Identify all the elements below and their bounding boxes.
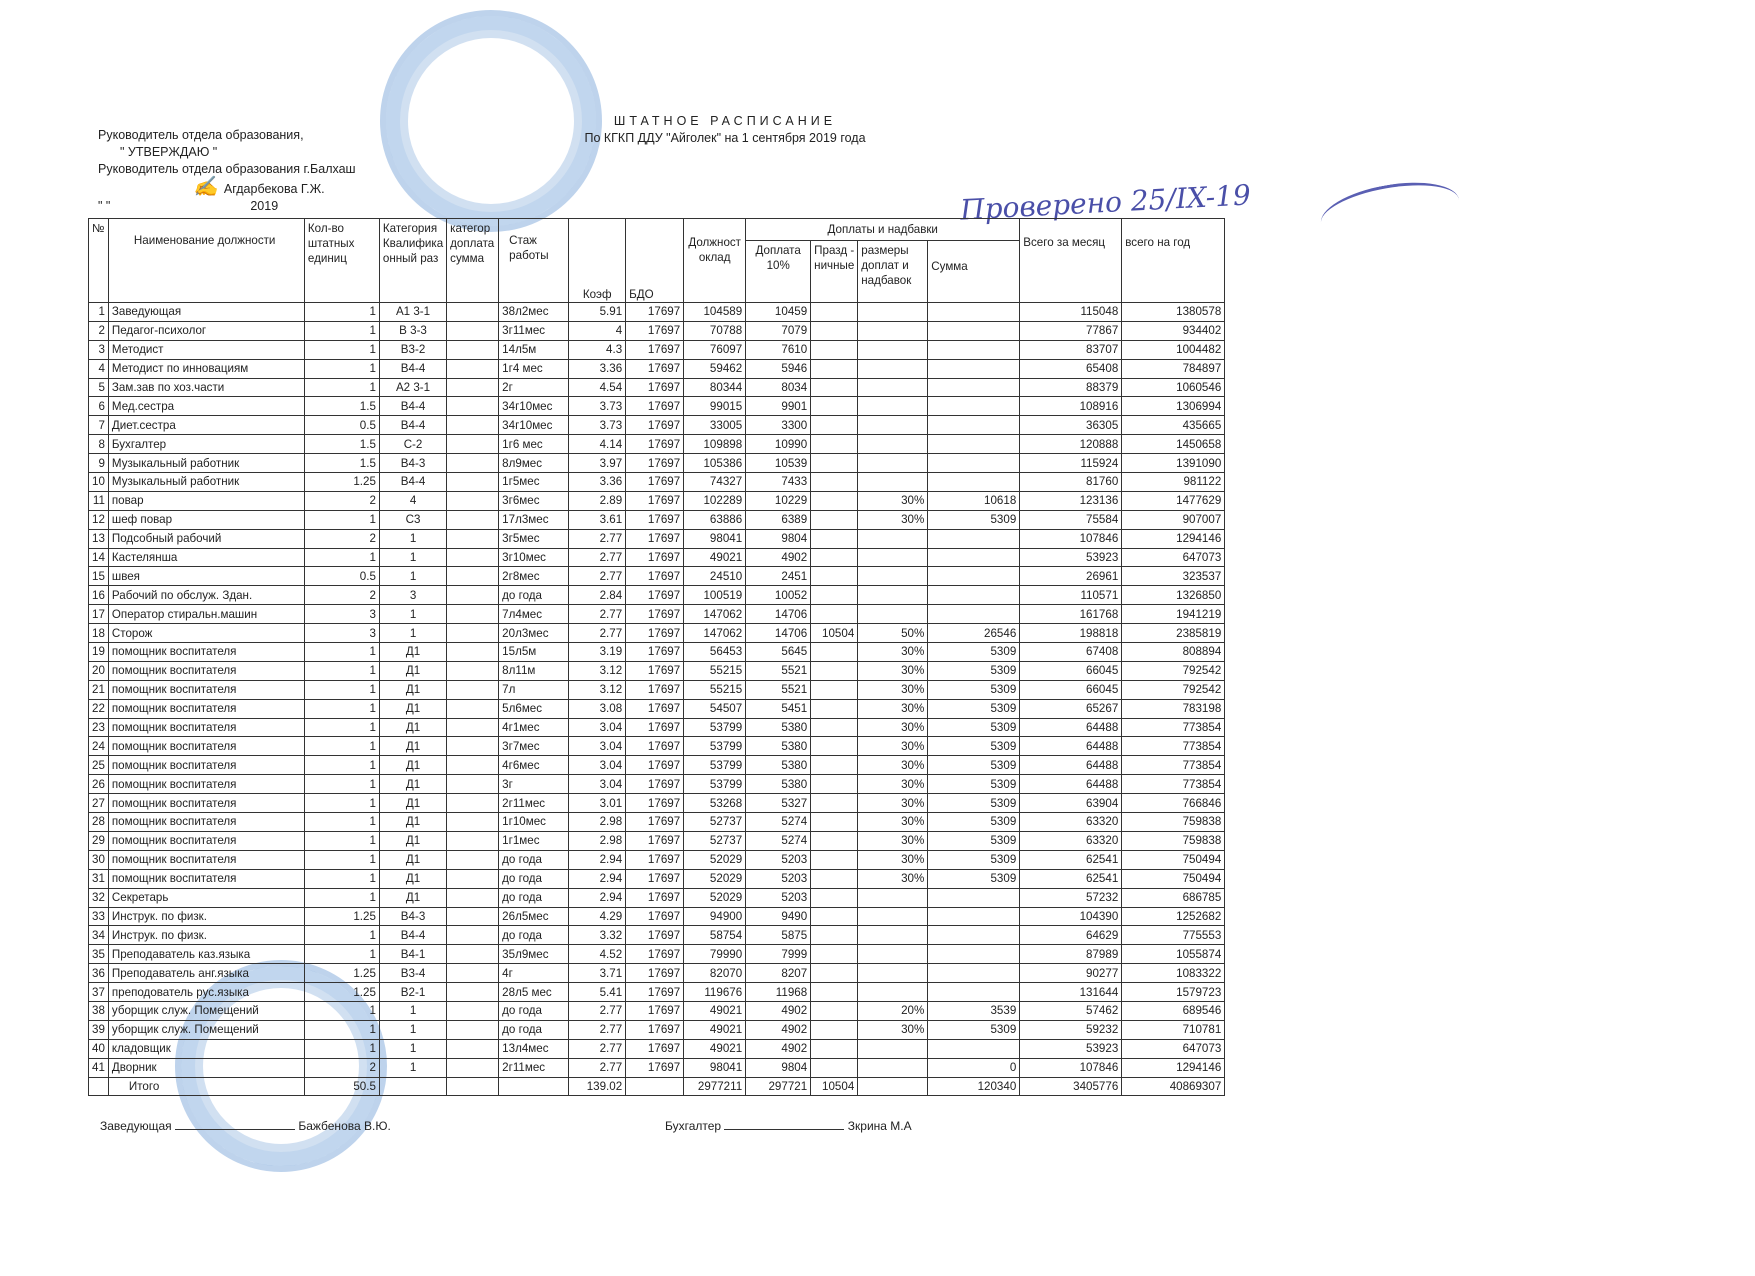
cell-pct bbox=[858, 529, 928, 548]
cell-month: 83707 bbox=[1020, 340, 1122, 359]
cell-coef: 4.54 bbox=[569, 378, 626, 397]
cell-extra: 4902 bbox=[746, 1020, 811, 1039]
cell-coef: 2.89 bbox=[569, 491, 626, 510]
cell-sum bbox=[928, 303, 1020, 322]
cell-coef: 5.91 bbox=[569, 303, 626, 322]
cell-holiday bbox=[811, 378, 858, 397]
totals-label: Итого bbox=[108, 1077, 304, 1096]
cell-sum: 5309 bbox=[928, 1020, 1020, 1039]
cell-bdo: 17697 bbox=[626, 643, 684, 662]
cell-month: 87989 bbox=[1020, 945, 1122, 964]
cell-year: 773854 bbox=[1122, 756, 1225, 775]
cell-count: 0.5 bbox=[304, 567, 379, 586]
cell-cat: 1 bbox=[379, 1020, 446, 1039]
cell-extra: 10229 bbox=[746, 491, 811, 510]
col-month-total: Всего за месяц bbox=[1020, 219, 1122, 303]
cell-sum: 5309 bbox=[928, 775, 1020, 794]
cell-holiday bbox=[811, 737, 858, 756]
cell-pct bbox=[858, 983, 928, 1002]
cell-name: Методист bbox=[108, 340, 304, 359]
table-row: 23помощник воспитателя1Д14г1мес3.0417697… bbox=[89, 718, 1225, 737]
cell-count: 1 bbox=[304, 756, 379, 775]
cell-salary: 53799 bbox=[684, 756, 746, 775]
cell-exp: до года bbox=[499, 1001, 569, 1020]
cell-cat: 4 bbox=[379, 491, 446, 510]
cell-bdo: 17697 bbox=[626, 567, 684, 586]
cell-count: 1.5 bbox=[304, 435, 379, 454]
table-row: 11повар243г6мес2.89176971022891022930%10… bbox=[89, 491, 1225, 510]
cell-pct: 30% bbox=[858, 699, 928, 718]
cell-coef: 3.19 bbox=[569, 643, 626, 662]
cell-coef: 5.41 bbox=[569, 983, 626, 1002]
cell-count: 1 bbox=[304, 1001, 379, 1020]
cell-sum: 3539 bbox=[928, 1001, 1020, 1020]
cell-coef: 3.32 bbox=[569, 926, 626, 945]
cell-pct bbox=[858, 321, 928, 340]
cell-salary: 53799 bbox=[684, 775, 746, 794]
cell-name: помощник воспитателя bbox=[108, 661, 304, 680]
cell-name: уборщик служ. Помещений bbox=[108, 1020, 304, 1039]
cell-salary: 58754 bbox=[684, 926, 746, 945]
cell-salary: 98041 bbox=[684, 529, 746, 548]
cell-n: 9 bbox=[89, 454, 109, 473]
cell-year: 689546 bbox=[1122, 1001, 1225, 1020]
cell-n: 19 bbox=[89, 643, 109, 662]
table-row: 35Преподаватель каз.языка1В4-135л9мес4.5… bbox=[89, 945, 1225, 964]
head-signature-block: Заведующая Бажбенова В.Ю. bbox=[100, 1117, 391, 1133]
cell-holiday bbox=[811, 831, 858, 850]
cell-count: 3 bbox=[304, 624, 379, 643]
cell-pct: 30% bbox=[858, 491, 928, 510]
cell-exp: 15л5м bbox=[499, 643, 569, 662]
cell-year: 808894 bbox=[1122, 643, 1225, 662]
table-row: 19помощник воспитателя1Д115л5м3.19176975… bbox=[89, 643, 1225, 662]
cell-bdo: 17697 bbox=[626, 794, 684, 813]
cell-month: 53923 bbox=[1020, 548, 1122, 567]
cell-sum: 5309 bbox=[928, 680, 1020, 699]
cell-sum: 10618 bbox=[928, 491, 1020, 510]
cell-salary: 98041 bbox=[684, 1058, 746, 1077]
cell-name: помощник воспитателя bbox=[108, 643, 304, 662]
cell-exp: 34г10мес bbox=[499, 416, 569, 435]
cell-sum bbox=[928, 548, 1020, 567]
cell-name: Музыкальный работник bbox=[108, 473, 304, 492]
cell-exp: 3г5мес bbox=[499, 529, 569, 548]
cell-pct bbox=[858, 397, 928, 416]
cell-count: 1 bbox=[304, 359, 379, 378]
cell-year: 766846 bbox=[1122, 794, 1225, 813]
cell-bdo: 17697 bbox=[626, 1039, 684, 1058]
cell-extra: 5380 bbox=[746, 718, 811, 737]
cell-holiday bbox=[811, 454, 858, 473]
table-row: 36Преподаватель анг.языка1.25В3-44г3.711… bbox=[89, 964, 1225, 983]
cell-extra: 4902 bbox=[746, 1001, 811, 1020]
cell-year: 1083322 bbox=[1122, 964, 1225, 983]
cell-sum: 5309 bbox=[928, 869, 1020, 888]
cell-pct: 30% bbox=[858, 643, 928, 662]
cell-exp: 8л9мес bbox=[499, 454, 569, 473]
cell-name: Дворник bbox=[108, 1058, 304, 1077]
cell-sum: 5309 bbox=[928, 718, 1020, 737]
cell-holiday bbox=[811, 1020, 858, 1039]
cell-holiday bbox=[811, 491, 858, 510]
cell-extra: 4902 bbox=[746, 1039, 811, 1058]
cell-year: 750494 bbox=[1122, 869, 1225, 888]
cell-holiday bbox=[811, 473, 858, 492]
cell-exp: 34г10мес bbox=[499, 397, 569, 416]
cell-salary: 105386 bbox=[684, 454, 746, 473]
cell-salary: 52029 bbox=[684, 850, 746, 869]
accountant-name: Зкрина М.А bbox=[848, 1119, 912, 1133]
cell-sum: 5309 bbox=[928, 510, 1020, 529]
cell-count: 1 bbox=[304, 303, 379, 322]
cell-n: 4 bbox=[89, 359, 109, 378]
cell-sum bbox=[928, 945, 1020, 964]
cell-year: 1306994 bbox=[1122, 397, 1225, 416]
cell-name: помощник воспитателя bbox=[108, 737, 304, 756]
cell-coef: 2.94 bbox=[569, 888, 626, 907]
col-category-sum: категор доплата сумма bbox=[447, 219, 499, 303]
cell-salary: 102289 bbox=[684, 491, 746, 510]
cell-name: Кастелянша bbox=[108, 548, 304, 567]
cell-coef: 3.12 bbox=[569, 661, 626, 680]
cell-cat: 3 bbox=[379, 586, 446, 605]
cell-cat: А2 3-1 bbox=[379, 378, 446, 397]
cell-count: 1 bbox=[304, 888, 379, 907]
cell-n: 18 bbox=[89, 624, 109, 643]
cell-cat: Д1 bbox=[379, 775, 446, 794]
cell-holiday bbox=[811, 586, 858, 605]
cell-count: 2 bbox=[304, 1058, 379, 1077]
cell-coef: 2.77 bbox=[569, 1039, 626, 1058]
cell-pct: 20% bbox=[858, 1001, 928, 1020]
cell-coef: 3.04 bbox=[569, 718, 626, 737]
cell-year: 710781 bbox=[1122, 1020, 1225, 1039]
cell-count: 1 bbox=[304, 321, 379, 340]
cell-month: 62541 bbox=[1020, 850, 1122, 869]
cell-month: 115048 bbox=[1020, 303, 1122, 322]
col-holiday: Празд - ничные bbox=[811, 241, 858, 303]
approve-line-1: Руководитель отдела образования, bbox=[98, 127, 356, 144]
cell-salary: 52029 bbox=[684, 869, 746, 888]
cell-pct bbox=[858, 964, 928, 983]
cell-bdo: 17697 bbox=[626, 491, 684, 510]
cell-year: 647073 bbox=[1122, 1039, 1225, 1058]
cell-extra: 5203 bbox=[746, 850, 811, 869]
cell-bdo: 17697 bbox=[626, 737, 684, 756]
cell-exp: 2г bbox=[499, 378, 569, 397]
cell-count: 1 bbox=[304, 643, 379, 662]
cell-sum bbox=[928, 983, 1020, 1002]
cell-n: 5 bbox=[89, 378, 109, 397]
cell-extra: 11968 bbox=[746, 983, 811, 1002]
cell-extra: 4902 bbox=[746, 548, 811, 567]
cell-coef: 2.94 bbox=[569, 869, 626, 888]
cell-pct bbox=[858, 926, 928, 945]
cell-year: 792542 bbox=[1122, 680, 1225, 699]
cell-count: 2 bbox=[304, 491, 379, 510]
cell-count: 1.25 bbox=[304, 983, 379, 1002]
cell-salary: 56453 bbox=[684, 643, 746, 662]
cell-exp: 3г10мес bbox=[499, 548, 569, 567]
cell-extra: 5946 bbox=[746, 359, 811, 378]
cell-salary: 147062 bbox=[684, 605, 746, 624]
cell-month: 63320 bbox=[1020, 831, 1122, 850]
cell-holiday bbox=[811, 699, 858, 718]
cell-exp: 4г1мес bbox=[499, 718, 569, 737]
cell-count: 1.5 bbox=[304, 454, 379, 473]
cell-salary: 49021 bbox=[684, 1039, 746, 1058]
cell-bdo: 17697 bbox=[626, 397, 684, 416]
cell-holiday bbox=[811, 945, 858, 964]
totals-count: 50.5 bbox=[304, 1077, 379, 1096]
cell-exp: 35л9мес bbox=[499, 945, 569, 964]
cell-holiday bbox=[811, 321, 858, 340]
cell-n: 13 bbox=[89, 529, 109, 548]
cell-name: Зам.зав по хоз.части bbox=[108, 378, 304, 397]
cell-n: 12 bbox=[89, 510, 109, 529]
cell-cat: 1 bbox=[379, 624, 446, 643]
cell-holiday bbox=[811, 756, 858, 775]
cell-pct bbox=[858, 340, 928, 359]
table-row: 41Дворник212г11мес2.77176979804198040107… bbox=[89, 1058, 1225, 1077]
cell-bdo: 17697 bbox=[626, 718, 684, 737]
cell-holiday bbox=[811, 983, 858, 1002]
table-row: 39уборщик служ. Помещений11до года2.7717… bbox=[89, 1020, 1225, 1039]
table-row: 33Инструк. по физк.1.25В4-326л5мес4.2917… bbox=[89, 907, 1225, 926]
cell-pct: 30% bbox=[858, 756, 928, 775]
cell-pct: 30% bbox=[858, 794, 928, 813]
cell-name: швея bbox=[108, 567, 304, 586]
cell-n: 26 bbox=[89, 775, 109, 794]
cell-coef: 2.77 bbox=[569, 529, 626, 548]
cell-sum bbox=[928, 359, 1020, 378]
cell-holiday bbox=[811, 397, 858, 416]
table-row: 27помощник воспитателя1Д12г11мес3.011769… bbox=[89, 794, 1225, 813]
cell-extra: 8034 bbox=[746, 378, 811, 397]
cell-n: 22 bbox=[89, 699, 109, 718]
cell-cat: Д1 bbox=[379, 680, 446, 699]
cell-bdo: 17697 bbox=[626, 869, 684, 888]
cell-coef: 4.52 bbox=[569, 945, 626, 964]
cell-exp: 20л3мес bbox=[499, 624, 569, 643]
cell-sum: 5309 bbox=[928, 850, 1020, 869]
cell-cat: Д1 bbox=[379, 737, 446, 756]
cell-sum: 5309 bbox=[928, 643, 1020, 662]
cell-month: 59232 bbox=[1020, 1020, 1122, 1039]
cell-exp: 1г5мес bbox=[499, 473, 569, 492]
cell-holiday bbox=[811, 661, 858, 680]
table-row: 4Методист по инновациям1В4-41г4 мес3.361… bbox=[89, 359, 1225, 378]
cell-salary: 70788 bbox=[684, 321, 746, 340]
cell-n: 35 bbox=[89, 945, 109, 964]
cell-exp: до года bbox=[499, 888, 569, 907]
cell-salary: 76097 bbox=[684, 340, 746, 359]
cell-extra: 10990 bbox=[746, 435, 811, 454]
table-row: 1Заведующая1А1 3-138л2мес5.9117697104589… bbox=[89, 303, 1225, 322]
cell-coef: 3.36 bbox=[569, 359, 626, 378]
document-title: ШТАТНОЕ РАСПИСАНИЕ bbox=[505, 113, 945, 130]
cell-n: 21 bbox=[89, 680, 109, 699]
cell-extra: 5274 bbox=[746, 831, 811, 850]
cell-salary: 24510 bbox=[684, 567, 746, 586]
cell-month: 63320 bbox=[1020, 813, 1122, 832]
cell-coef: 3.73 bbox=[569, 397, 626, 416]
cell-pct: 30% bbox=[858, 718, 928, 737]
cell-cat: Д1 bbox=[379, 869, 446, 888]
cell-month: 66045 bbox=[1020, 680, 1122, 699]
cell-extra: 5380 bbox=[746, 775, 811, 794]
cell-name: помощник воспитателя bbox=[108, 850, 304, 869]
col-bdo: БДО bbox=[626, 219, 684, 303]
cell-holiday bbox=[811, 303, 858, 322]
cell-salary: 52737 bbox=[684, 813, 746, 832]
cell-cat: С3 bbox=[379, 510, 446, 529]
cell-year: 1579723 bbox=[1122, 983, 1225, 1002]
cell-coef: 2.77 bbox=[569, 624, 626, 643]
cell-bdo: 17697 bbox=[626, 624, 684, 643]
cell-name: уборщик служ. Помещений bbox=[108, 1001, 304, 1020]
cell-name: помощник воспитателя bbox=[108, 699, 304, 718]
cell-bdo: 17697 bbox=[626, 548, 684, 567]
cell-extra: 5203 bbox=[746, 869, 811, 888]
cell-holiday bbox=[811, 1001, 858, 1020]
cell-sum bbox=[928, 926, 1020, 945]
cell-sum: 5309 bbox=[928, 699, 1020, 718]
cell-n: 1 bbox=[89, 303, 109, 322]
cell-exp: 4г bbox=[499, 964, 569, 983]
cell-name: кладовщик bbox=[108, 1039, 304, 1058]
cell-cat: Д1 bbox=[379, 643, 446, 662]
cell-exp: 5л6мес bbox=[499, 699, 569, 718]
cell-salary: 80344 bbox=[684, 378, 746, 397]
cell-n: 32 bbox=[89, 888, 109, 907]
head-label: Заведующая bbox=[100, 1119, 172, 1133]
cell-month: 36305 bbox=[1020, 416, 1122, 435]
cell-salary: 49021 bbox=[684, 1001, 746, 1020]
cell-cat: С-2 bbox=[379, 435, 446, 454]
table-row: 30помощник воспитателя1Д1до года2.941769… bbox=[89, 850, 1225, 869]
cell-n: 36 bbox=[89, 964, 109, 983]
cell-year: 1004482 bbox=[1122, 340, 1225, 359]
head-name: Бажбенова В.Ю. bbox=[298, 1119, 390, 1133]
cell-exp: 4г6мес bbox=[499, 756, 569, 775]
cell-sum bbox=[928, 397, 1020, 416]
cell-year: 1941219 bbox=[1122, 605, 1225, 624]
col-experience: Стаж работы bbox=[499, 219, 569, 303]
cell-exp: 1г6 мес bbox=[499, 435, 569, 454]
cell-pct: 50% bbox=[858, 624, 928, 643]
cell-year: 647073 bbox=[1122, 548, 1225, 567]
cell-count: 1 bbox=[304, 813, 379, 832]
cell-salary: 109898 bbox=[684, 435, 746, 454]
cell-month: 65408 bbox=[1020, 359, 1122, 378]
cell-name: помощник воспитателя bbox=[108, 813, 304, 832]
cell-coef: 4.3 bbox=[569, 340, 626, 359]
table-body: 1Заведующая1А1 3-138л2мес5.9117697104589… bbox=[89, 303, 1225, 1078]
cell-extra: 5645 bbox=[746, 643, 811, 662]
cell-count: 1 bbox=[304, 775, 379, 794]
cell-cat: 1 bbox=[379, 1039, 446, 1058]
cell-bdo: 17697 bbox=[626, 756, 684, 775]
cell-n: 10 bbox=[89, 473, 109, 492]
cell-salary: 59462 bbox=[684, 359, 746, 378]
cell-count: 1 bbox=[304, 869, 379, 888]
cell-coef: 3.04 bbox=[569, 737, 626, 756]
table-row: 7Диет.сестра0.5В4-434г10мес3.73176973300… bbox=[89, 416, 1225, 435]
cell-pct: 30% bbox=[858, 775, 928, 794]
cell-cat: В2-1 bbox=[379, 983, 446, 1002]
cell-sum bbox=[928, 473, 1020, 492]
cell-pct bbox=[858, 359, 928, 378]
cell-coef: 3.08 bbox=[569, 699, 626, 718]
cell-exp: 3г7мес bbox=[499, 737, 569, 756]
cell-pct: 30% bbox=[858, 680, 928, 699]
cell-exp: 14л5м bbox=[499, 340, 569, 359]
cell-month: 62541 bbox=[1020, 869, 1122, 888]
cell-name: помощник воспитателя bbox=[108, 869, 304, 888]
cell-sum bbox=[928, 454, 1020, 473]
cell-count: 1 bbox=[304, 378, 379, 397]
approval-block: Руководитель отдела образования, " УТВЕР… bbox=[98, 127, 356, 215]
cell-bdo: 17697 bbox=[626, 416, 684, 435]
cell-name: Методист по инновациям bbox=[108, 359, 304, 378]
cell-sum bbox=[928, 888, 1020, 907]
cell-sum bbox=[928, 605, 1020, 624]
cell-cat: 1 bbox=[379, 567, 446, 586]
cell-pct bbox=[858, 303, 928, 322]
cell-name: Рабочий по обслуж. Здан. bbox=[108, 586, 304, 605]
cell-coef: 2.98 bbox=[569, 831, 626, 850]
cell-sum bbox=[928, 567, 1020, 586]
cell-name: Заведующая bbox=[108, 303, 304, 322]
cell-holiday bbox=[811, 567, 858, 586]
cell-sum: 26546 bbox=[928, 624, 1020, 643]
cell-cat: А1 3-1 bbox=[379, 303, 446, 322]
cell-year: 686785 bbox=[1122, 888, 1225, 907]
cell-holiday bbox=[811, 416, 858, 435]
cell-bdo: 17697 bbox=[626, 699, 684, 718]
cell-year: 1060546 bbox=[1122, 378, 1225, 397]
cell-salary: 74327 bbox=[684, 473, 746, 492]
cell-cat: Д1 bbox=[379, 813, 446, 832]
cell-holiday bbox=[811, 775, 858, 794]
cell-sum: 5309 bbox=[928, 813, 1020, 832]
cell-n: 31 bbox=[89, 869, 109, 888]
cell-n: 37 bbox=[89, 983, 109, 1002]
cell-month: 57232 bbox=[1020, 888, 1122, 907]
cell-holiday bbox=[811, 850, 858, 869]
cell-holiday bbox=[811, 907, 858, 926]
cell-n: 27 bbox=[89, 794, 109, 813]
cell-pct bbox=[858, 435, 928, 454]
cell-cat: В4-4 bbox=[379, 416, 446, 435]
cell-pct bbox=[858, 945, 928, 964]
cell-year: 773854 bbox=[1122, 737, 1225, 756]
cell-extra: 7999 bbox=[746, 945, 811, 964]
cell-sum bbox=[928, 1039, 1020, 1058]
totals-holiday: 10504 bbox=[811, 1077, 858, 1096]
cell-year: 1391090 bbox=[1122, 454, 1225, 473]
cell-pct bbox=[858, 1039, 928, 1058]
cell-exp: до года bbox=[499, 850, 569, 869]
table-row: 5Зам.зав по хоз.части1А2 3-12г4.54176978… bbox=[89, 378, 1225, 397]
cell-year: 907007 bbox=[1122, 510, 1225, 529]
cell-salary: 53799 bbox=[684, 718, 746, 737]
cell-coef: 3.01 bbox=[569, 794, 626, 813]
cell-month: 75584 bbox=[1020, 510, 1122, 529]
cell-bdo: 17697 bbox=[626, 378, 684, 397]
